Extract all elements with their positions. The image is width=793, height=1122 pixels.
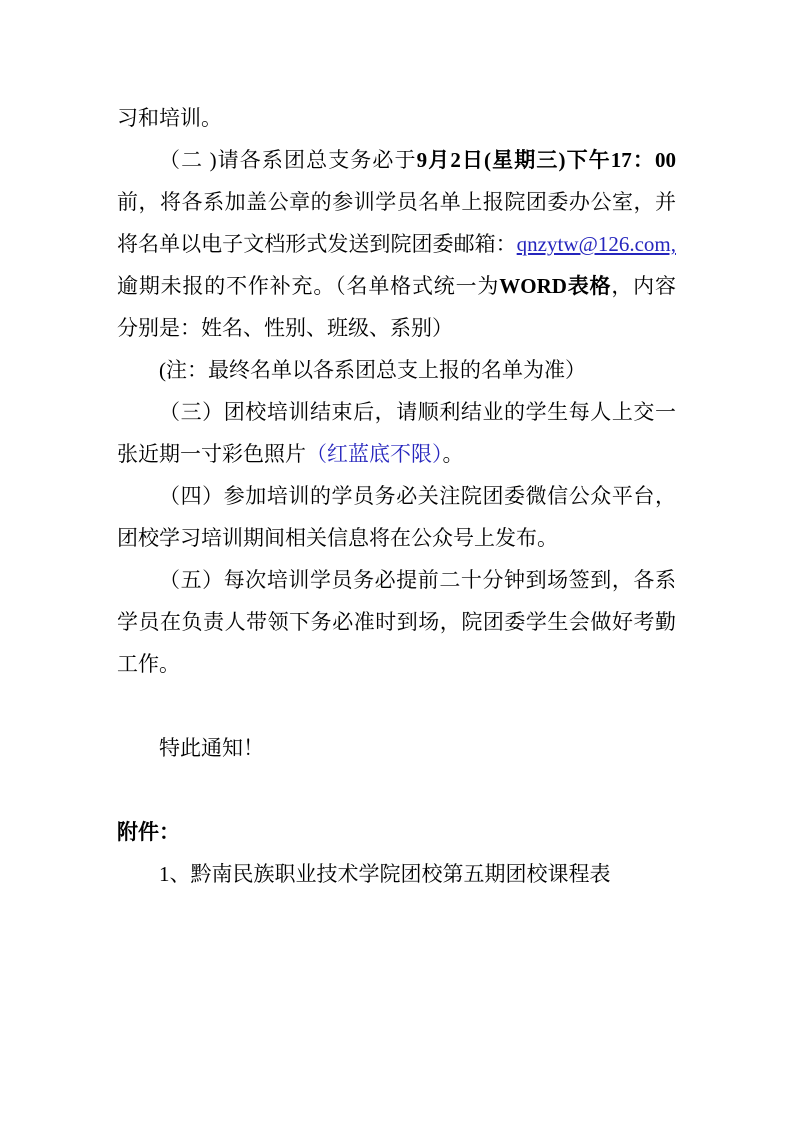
text-line: 前，将各系加盖公章的参训学员名单上报院团委办公室，并: [117, 181, 676, 223]
text-segment: 张近期一寸彩色照片: [117, 442, 306, 466]
note-text: (注：最终名单以各系团总支上报的名单为准）: [159, 358, 586, 382]
text-line: 张近期一寸彩色照片（红蓝底不限）。: [117, 433, 676, 475]
text-line: 工作。: [117, 643, 676, 685]
closing-notice-text: 特此通知！: [159, 736, 264, 760]
text-segment: 学员在负责人带领下务必准时到场，院团委学生会做好考勤: [117, 610, 676, 634]
photo-note-blue-text: （红蓝底不限）: [306, 442, 443, 466]
text-segment: 逾期未报的不作补充。（名单格式统一为: [117, 274, 499, 298]
text-segment: （二 )请各系团总支务必于: [159, 148, 417, 172]
text-segment: 将名单以电子文档形式发送到院团委邮箱：: [117, 232, 517, 256]
text-line: （四）参加培训的学员务必关注院团委微信公众平台，: [117, 475, 676, 517]
attachment-heading-text: 附件：: [117, 820, 180, 844]
text-line: 习和培训。: [117, 97, 676, 139]
text-line: 将名单以电子文档形式发送到院团委邮箱：qnzytw@126.com,: [117, 223, 676, 265]
text-segment: 分别是：姓名、性别、班级、系别）: [117, 316, 453, 340]
document-page: 习和培训。 （二 )请各系团总支务必于9月2日(星期三)下午17：00 前，将各…: [0, 0, 793, 1122]
text-segment: 习和培训。: [117, 106, 222, 130]
closing-notice-line: 特此通知！: [117, 727, 676, 769]
text-line: 学员在负责人带领下务必准时到场，院团委学生会做好考勤: [117, 601, 676, 643]
blank-line: [117, 685, 676, 727]
text-segment: （三）团校培训结束后，请顺利结业的学生每人上交一: [159, 400, 676, 424]
text-segment: 。: [443, 442, 464, 466]
text-line: (注：最终名单以各系团总支上报的名单为准）: [117, 349, 676, 391]
text-segment: 工作。: [117, 652, 180, 676]
attachment-item-text: 1、黔南民族职业技术学院团校第五期团校课程表: [159, 862, 611, 886]
blank-line: [117, 769, 676, 811]
text-segment: （五）每次培训学员务必提前二十分钟到场签到，各系: [159, 568, 676, 592]
word-format-bold-text: WORD表格: [499, 274, 611, 298]
text-segment: （四）参加培训的学员务必关注院团委微信公众平台，: [159, 484, 676, 508]
attachment-heading-line: 附件：: [117, 811, 676, 853]
text-line: （二 )请各系团总支务必于9月2日(星期三)下午17：00: [117, 139, 676, 181]
text-segment: 团校学习培训期间相关信息将在公众号上发布。: [117, 526, 558, 550]
text-line: 团校学习培训期间相关信息将在公众号上发布。: [117, 517, 676, 559]
document-body: 习和培训。 （二 )请各系团总支务必于9月2日(星期三)下午17：00 前，将各…: [117, 97, 676, 895]
text-line: （三）团校培训结束后，请顺利结业的学生每人上交一: [117, 391, 676, 433]
email-link[interactable]: qnzytw@126.com,: [517, 232, 676, 256]
deadline-bold-text: 9月2日(星期三)下午17：00: [417, 148, 676, 172]
text-segment: ，内容: [611, 274, 676, 298]
text-line: （五）每次培训学员务必提前二十分钟到场签到，各系: [117, 559, 676, 601]
text-segment: 前，将各系加盖公章的参训学员名单上报院团委办公室，并: [117, 190, 676, 214]
text-line: 逾期未报的不作补充。（名单格式统一为WORD表格，内容: [117, 265, 676, 307]
text-line: 分别是：姓名、性别、班级、系别）: [117, 307, 676, 349]
attachment-item-line: 1、黔南民族职业技术学院团校第五期团校课程表: [117, 853, 676, 895]
